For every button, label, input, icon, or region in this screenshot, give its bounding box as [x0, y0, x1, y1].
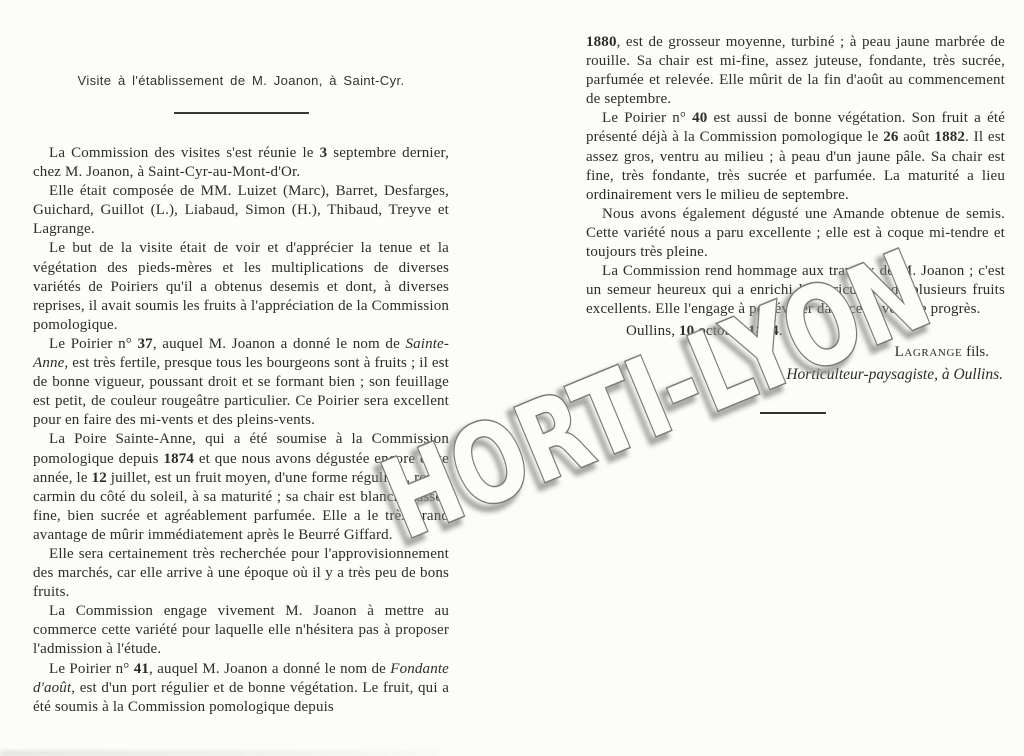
- paragraph: La Commission des visites s'est réunie l…: [33, 144, 449, 182]
- paragraph: Le Poirier n° 41, auquel M. Joanon a don…: [33, 660, 449, 717]
- text-run: 1884: [748, 323, 779, 339]
- text-run: 1880: [586, 34, 617, 50]
- left-column-paragraphs: La Commission des visites s'est réunie l…: [33, 144, 449, 717]
- signature-name-caps: Lagrange: [895, 344, 963, 360]
- document-page: Visite à l'établissement de M. Joanon, à…: [0, 0, 1024, 756]
- text-run: 41: [134, 661, 149, 677]
- text-run: , est très fertile, presque tous les bou…: [33, 355, 449, 428]
- text-run: Oullins,: [626, 323, 679, 339]
- paragraph: Le Poirier n° 37, auquel M. Joanon a don…: [33, 335, 449, 430]
- left-column: Visite à l'établissement de M. Joanon, à…: [33, 73, 449, 717]
- text-run: 1874: [163, 451, 194, 467]
- paragraph: La Commission rend hommage aux travaux d…: [586, 262, 1005, 319]
- text-run: La Commission des visites s'est réunie l…: [49, 145, 320, 161]
- title-separator-rule: [174, 112, 309, 114]
- paragraph: Elle sera certainement très recherchée p…: [33, 545, 449, 602]
- text-run: La Commission engage vivement M. Joanon …: [33, 603, 449, 657]
- paragraph: La Commission engage vivement M. Joanon …: [33, 602, 449, 659]
- signature-title: Horticulteur-paysagiste, à Oullins.: [586, 365, 1005, 385]
- text-run: 37: [138, 336, 153, 352]
- right-column: 1880, est de grosseur moyenne, turbiné ;…: [586, 33, 1005, 414]
- text-run: 12: [92, 470, 107, 486]
- text-run: Elle était composée de MM. Luizet (Marc)…: [33, 183, 449, 237]
- text-run: , est d'un port régulier et de bonne vég…: [33, 680, 449, 715]
- article-title: Visite à l'établissement de M. Joanon, à…: [33, 73, 449, 89]
- text-run: 1882: [934, 129, 965, 145]
- paragraph: Elle était composée de MM. Luizet (Marc)…: [33, 182, 449, 239]
- text-run: 40: [692, 110, 707, 126]
- text-run: , auquel M. Joanon a donné le nom de: [153, 336, 406, 352]
- paragraph: Nous avons également dégusté une Amande …: [586, 205, 1005, 262]
- paragraph: La Poire Sainte-Anne, qui a été soumise …: [33, 430, 449, 545]
- paragraph: Le but de la visite était de voir et d'a…: [33, 239, 449, 334]
- text-run: Le Poirier n°: [49, 336, 138, 352]
- text-run: Elle sera certainement très recherchée p…: [33, 546, 449, 600]
- text-run: , auquel M. Joanon a donné le nom de: [149, 661, 390, 677]
- dateline: Oullins, 10 octobre 1884.: [586, 322, 1005, 341]
- text-run: octobre: [694, 323, 748, 339]
- paragraph: Le Poirier n° 40 est aussi de bonne végé…: [586, 109, 1005, 204]
- text-run: La Commission rend hommage aux travaux d…: [586, 263, 1005, 317]
- text-run: , est de grosseur moyenne, turbiné ; à p…: [586, 34, 1005, 107]
- signature-name-suffix: fils.: [962, 344, 989, 360]
- text-run: 26: [883, 129, 898, 145]
- right-column-paragraphs: 1880, est de grosseur moyenne, turbiné ;…: [586, 33, 1005, 319]
- text-run: Le Poirier n°: [602, 110, 692, 126]
- signature-name: Lagrange fils.: [586, 343, 1005, 362]
- text-run: août: [899, 129, 935, 145]
- paragraph: 1880, est de grosseur moyenne, turbiné ;…: [586, 33, 1005, 109]
- text-run: Le Poirier n°: [49, 661, 134, 677]
- text-run: .: [779, 323, 783, 339]
- end-separator-rule: [760, 412, 826, 414]
- scan-smudge-artifact: [0, 751, 440, 756]
- text-run: Le but de la visite était de voir et d'a…: [33, 240, 449, 332]
- text-run: 10: [679, 323, 694, 339]
- text-run: Nous avons également dégusté une Amande …: [586, 206, 1005, 260]
